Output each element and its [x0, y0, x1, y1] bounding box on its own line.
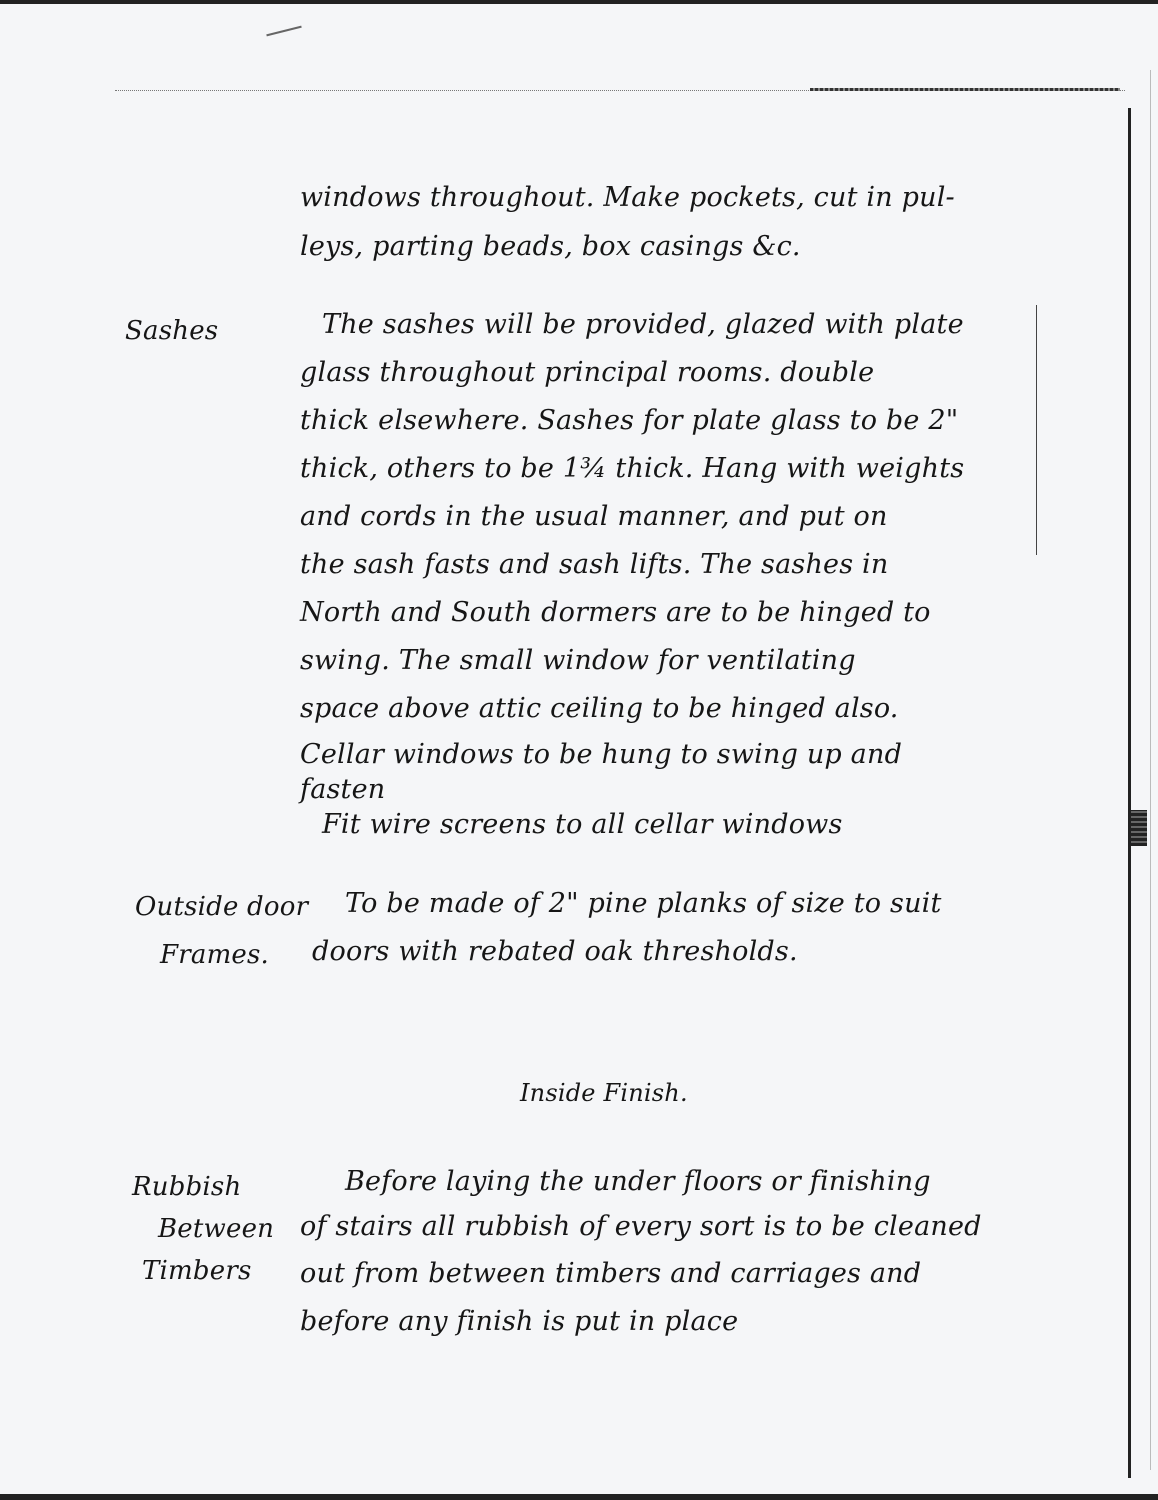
section-label-frames: Frames. — [160, 934, 269, 977]
text-line: glass throughout principal rooms. double — [300, 351, 874, 394]
text-line: swing. The small window for ventilating — [300, 639, 856, 682]
section-label-outside-door: Outside door — [135, 886, 308, 929]
text-line: Before laying the under floors or finish… — [345, 1160, 931, 1203]
section-label-sashes: Sashes — [125, 310, 218, 353]
scan-bottom-edge — [0, 1494, 1158, 1500]
text-line: before any finish is put in place — [300, 1300, 738, 1343]
header-rule-dark — [810, 88, 1120, 91]
section-heading: Inside Finish. — [520, 1072, 688, 1115]
text-line: thick, others to be 1¾ thick. Hang with … — [300, 447, 964, 490]
text-line: of stairs all rubbish of every sort is t… — [300, 1205, 982, 1248]
text-line: windows throughout. Make pockets, cut in… — [300, 176, 955, 219]
text-line: North and South dormers are to be hinged… — [300, 591, 931, 634]
section-label-timbers: Timbers — [142, 1250, 252, 1293]
page-edge — [1150, 70, 1151, 1470]
text-line: the sash fasts and sash lifts. The sashe… — [300, 543, 888, 586]
document-page: windows throughout. Make pockets, cut in… — [0, 0, 1158, 1500]
text-line: Cellar windows to be hung to swing up an… — [300, 733, 902, 776]
text-line: thick elsewhere. Sashes for plate glass … — [300, 399, 958, 442]
text-line: space above attic ceiling to be hinged a… — [300, 687, 899, 730]
scan-top-edge — [0, 0, 1158, 4]
text-line: To be made of 2" pine planks of size to … — [345, 882, 942, 925]
stray-mark — [266, 26, 301, 37]
right-margin-border — [1128, 108, 1131, 1478]
text-line: The sashes will be provided, glazed with… — [322, 303, 964, 346]
binding-mark — [1131, 810, 1147, 846]
section-label-rubbish: Rubbish — [132, 1166, 241, 1209]
text-line: leys, parting beads, box casings &c. — [300, 225, 801, 268]
text-line: and cords in the usual manner, and put o… — [300, 495, 888, 538]
text-line: doors with rebated oak thresholds. — [312, 930, 798, 973]
section-label-between: Between — [158, 1208, 274, 1251]
text-line: Fit wire screens to all cellar windows — [322, 803, 843, 846]
margin-bracket-line — [1036, 305, 1037, 555]
text-line: out from between timbers and carriages a… — [300, 1252, 921, 1295]
